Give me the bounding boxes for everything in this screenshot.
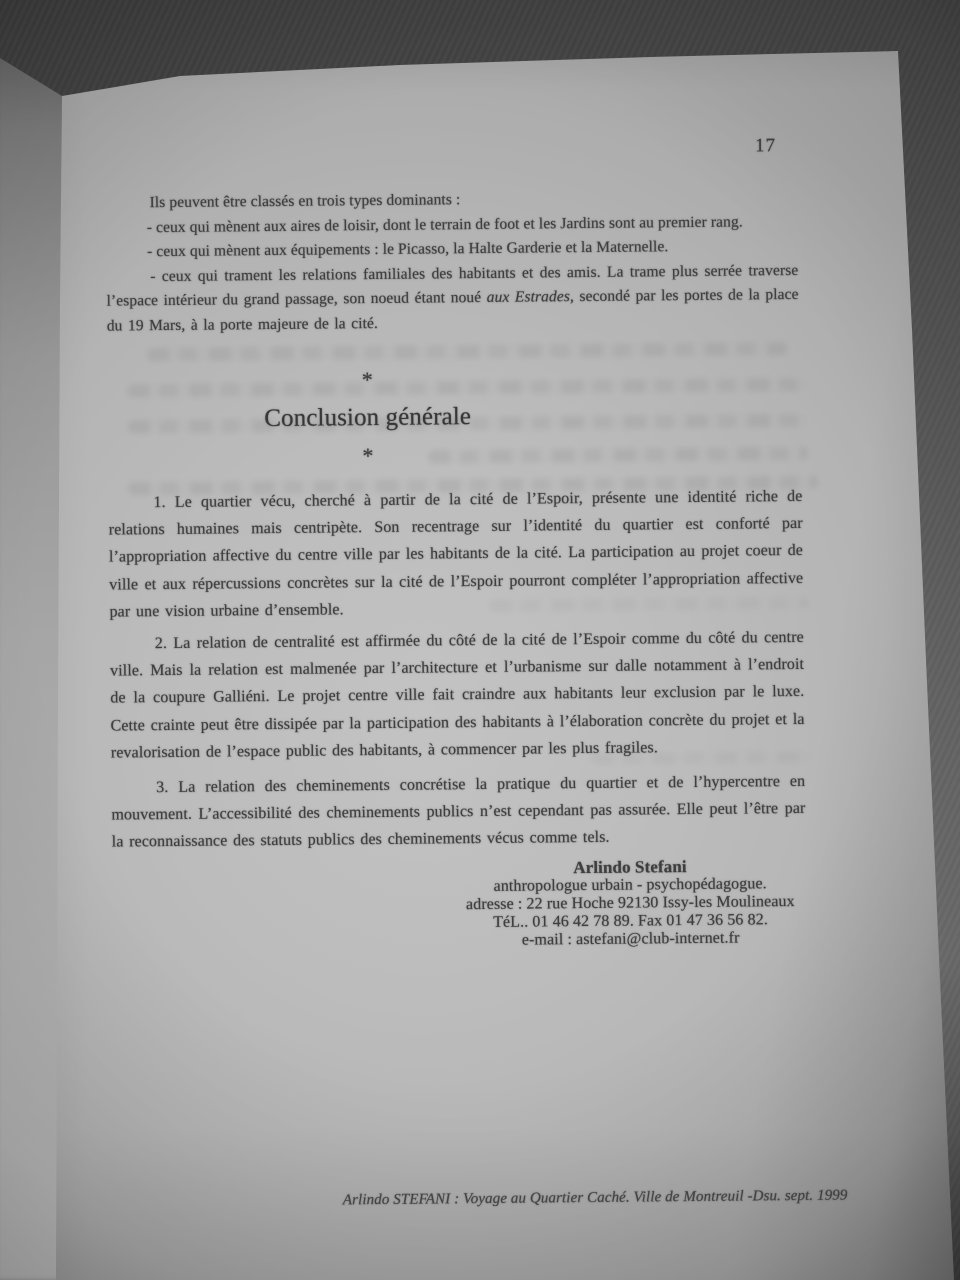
body-paragraph-1: 1. Le quartier vécu, cherché à partir de…: [108, 483, 803, 626]
body-paragraph-3: 3. La relation des cheminements concréti…: [111, 768, 806, 856]
intro-block: Ils peuvent être classés en trois types …: [105, 185, 798, 339]
page-number: 17: [755, 135, 815, 158]
body-paragraph-2: 2. La relation de centralité est affirmé…: [110, 624, 805, 767]
signature-block: Arlindo Stefani anthropologue urbain - p…: [410, 856, 851, 950]
bleed-through-smudge: [147, 342, 787, 361]
signature-email: e-mail : astefani@club-internet.fr: [411, 928, 851, 950]
page-content: 17 Ils peuvent être classés en trois typ…: [0, 0, 960, 1280]
section-heading: Conclusion générale: [158, 402, 578, 434]
bleed-through-smudge: [428, 447, 808, 464]
footer-citation: Arlindo STEFANI : Voyage au Quartier Cac…: [295, 1187, 895, 1210]
bullet-item-3: - ceux qui trament les relations familia…: [106, 259, 799, 339]
asterisk-separator-bottom: *: [278, 442, 458, 470]
asterisk-separator-top: *: [277, 366, 457, 394]
bullet-item-3-italic: aux Estrades: [487, 288, 570, 306]
bleed-through-smudge: [127, 378, 807, 398]
